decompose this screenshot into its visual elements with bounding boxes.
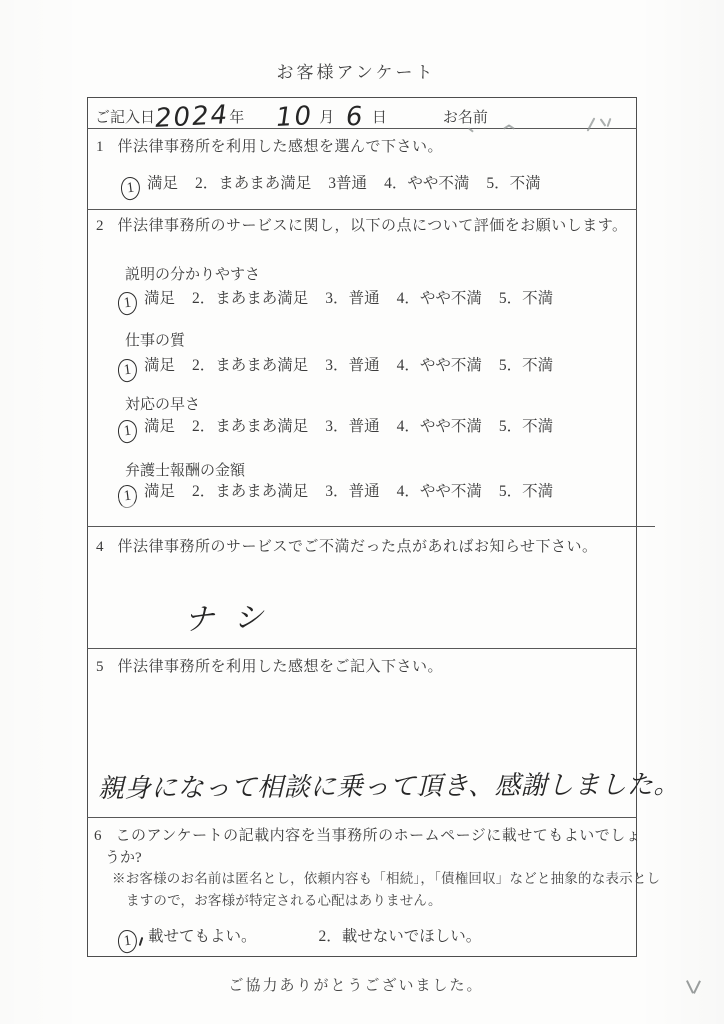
option-label: やや不満 [407, 175, 469, 192]
option-number: 4． [397, 357, 420, 374]
option-label: 普通 [349, 357, 380, 374]
option-label: 満足 [147, 175, 178, 192]
option-label: 不満 [522, 290, 553, 307]
question-2-item-4-options: 1満足 2．まあまあ満足 3．普通 4．やや不満 5．不満 [118, 479, 553, 508]
question-2-item-4-label: 弁護士報酬の金額 [125, 459, 245, 480]
month-label: 月 [319, 110, 334, 126]
page-title: お客様アンケート [0, 58, 712, 83]
question-5-text: 伴法律事務所を利用した感想をご記入下さい。 [118, 659, 444, 675]
option-number: 2． [192, 290, 215, 307]
option-number: 5． [499, 290, 522, 307]
option-label: やや不満 [420, 418, 482, 435]
option-label: 不満 [510, 175, 541, 192]
option: 3普通 [328, 171, 367, 193]
option: 3．普通 [325, 286, 379, 308]
option-label: まあまあ満足 [215, 357, 308, 374]
option-selected: 1満足 [118, 479, 175, 508]
option: 4．やや不満 [397, 353, 482, 375]
option: 5．不満 [499, 479, 553, 501]
option-number: 2． [192, 483, 215, 500]
option: 4．やや不満 [397, 479, 482, 501]
option-number: 2． [192, 418, 215, 435]
option: 4．やや不満 [397, 414, 482, 436]
handwritten-circle: 1 [120, 176, 142, 201]
question-4-number: 4 [96, 539, 104, 556]
option: 2．まあまあ満足 [192, 479, 308, 501]
option-number: 5． [499, 483, 522, 500]
option-selected: 1載せてもよい。 [118, 924, 257, 953]
question-2-item-3-label: 対応の早さ [125, 393, 200, 414]
option-label: やや不満 [420, 290, 482, 307]
footer-thanks-text: ご協力ありがとうございました。 [0, 974, 712, 995]
option-selected: 1満足 [121, 171, 178, 200]
option-label: 満足 [144, 357, 175, 374]
option: 2．まあまあ満足 [192, 414, 308, 436]
question-5-handwritten-answer: 親身になって相談に乗って頂き、感謝しました。 [98, 764, 680, 805]
option-number: 3． [325, 357, 348, 374]
question-6-number: 6 [94, 828, 102, 845]
option-label: 載せないでほしい。 [342, 928, 482, 945]
option-number: 5． [499, 418, 522, 435]
pen-stroke [139, 937, 144, 946]
date-day-value: 6 [346, 117, 365, 118]
handwritten-circle: 1 [117, 484, 139, 509]
option-label: 満足 [144, 418, 175, 435]
survey-form-border: ご記入日2024年10月6日お名前 1伴法律事務所を利用した感想を選んで下さい。… [87, 97, 637, 957]
option-selected: 1満足 [118, 414, 175, 443]
option-number: 3． [325, 483, 348, 500]
option: 5．不満 [499, 353, 553, 375]
question-2-item-2-options: 1満足 2．まあまあ満足 3．普通 4．やや不満 5．不満 [118, 353, 553, 382]
question-5: 5伴法律事務所を利用した感想をご記入下さい。 [96, 655, 443, 676]
check-mark [686, 980, 702, 994]
question-2-item-1-options: 1満足 2．まあまあ満足 3．普通 4．やや不満 5．不満 [118, 286, 553, 315]
option-selected: 1満足 [118, 286, 175, 315]
question-5-number: 5 [96, 659, 104, 676]
question-1-options: 1満足 2．まあまあ満足 3普通 4．やや不満 5．不満 [121, 171, 541, 200]
option-label: まあまあ満足 [215, 483, 308, 500]
question-4: 4伴法律事務所のサービスでご不満だった点があればお知らせ下さい。 [96, 535, 598, 556]
option-number: 4． [397, 290, 420, 307]
divider-q5-q6 [87, 817, 637, 818]
option-label: やや不満 [420, 357, 482, 374]
option-label: 普通 [349, 290, 380, 307]
option: 2．まあまあ満足 [195, 171, 311, 193]
question-6-line-1: 6このアンケートの記載内容を当事務所のホームページに載せてもよいでしょ [94, 824, 641, 845]
option: 3．普通 [325, 353, 379, 375]
option-number: 5． [486, 175, 509, 192]
date-month-value: 10 [276, 116, 313, 118]
option: 2．まあまあ満足 [192, 353, 308, 375]
question-2-item-1-label: 説明の分かりやすさ [125, 263, 260, 284]
option-label: やや不満 [420, 483, 482, 500]
option-number: 2． [319, 928, 342, 945]
option: 4．やや不満 [397, 286, 482, 308]
question-6-note-line-2: ますので，お客様が特定される心配はありません。 [126, 889, 442, 909]
question-1: 1伴法律事務所を利用した感想を選んで下さい。 [96, 135, 443, 156]
option-number: 4． [384, 175, 407, 192]
option-number: 3． [325, 418, 348, 435]
question-2-number: 2 [96, 218, 104, 235]
handwritten-circle: 1 [117, 929, 139, 954]
question-2-item-2-label: 仕事の質 [125, 329, 185, 350]
date-year-value: 2024 [155, 115, 229, 119]
question-2-item-3-options: 1満足 2．まあまあ満足 3．普通 4．やや不満 5．不満 [118, 414, 553, 443]
option: 4．やや不満 [384, 171, 469, 193]
question-1-text: 伴法律事務所を利用した感想を選んで下さい。 [118, 139, 444, 155]
year-label: 年 [229, 110, 244, 126]
option: 3．普通 [325, 414, 379, 436]
option-label: 載せてもよい。 [148, 928, 257, 945]
option-number: 3 [328, 175, 336, 192]
question-6-line-2: うか? [105, 846, 142, 867]
name-label: お名前 [443, 110, 488, 126]
divider-q1-q2 [87, 209, 637, 210]
handwritten-circle: 1 [117, 419, 139, 444]
option: 3．普通 [325, 479, 379, 501]
option: 5．不満 [486, 171, 540, 193]
question-1-number: 1 [96, 139, 104, 156]
scanned-survey-page: お客様アンケート ご記入日2024年10月6日お名前 1伴法律事務所を利用した感… [0, 0, 724, 1024]
option-number: 4． [397, 483, 420, 500]
option-label: 普通 [336, 175, 367, 192]
option-label: 普通 [349, 418, 380, 435]
day-label: 日 [372, 110, 387, 126]
option-number: 5． [499, 357, 522, 374]
divider-q2-q4 [87, 526, 655, 527]
option-label: 満足 [144, 483, 175, 500]
handwritten-circle: 1 [117, 358, 139, 383]
option-number: 2． [192, 357, 215, 374]
option-label: 満足 [144, 290, 175, 307]
option-label: まあまあ満足 [218, 175, 311, 192]
option-label: 普通 [349, 483, 380, 500]
option-label: 不満 [522, 418, 553, 435]
question-6-note-line-1: ※お客様のお名前は匿名とし，依頼内容も「相続」，「債権回収」などと抽象的な表示と… [112, 867, 660, 887]
option-label: 不満 [522, 483, 553, 500]
option: 2．まあまあ満足 [192, 286, 308, 308]
question-6-options: 1載せてもよい。 2．載せないでほしい。 [118, 924, 481, 953]
question-6-text: このアンケートの記載内容を当事務所のホームページに載せてもよいでしょ [116, 828, 642, 844]
option-number: 2． [195, 175, 218, 192]
question-2: 2伴法律事務所のサービスに関し，以下の点について評価をお願いします。 [96, 214, 628, 235]
question-4-text: 伴法律事務所のサービスでご不満だった点があればお知らせ下さい。 [118, 539, 598, 555]
option-label: まあまあ満足 [215, 290, 308, 307]
option: 2．載せないでほしい。 [319, 924, 482, 946]
divider-q4-q5 [87, 648, 637, 649]
option-number: 4． [397, 418, 420, 435]
option-label: まあまあ満足 [215, 418, 308, 435]
option-selected: 1満足 [118, 353, 175, 382]
date-prefix-label: ご記入日 [95, 110, 155, 126]
option: 5．不満 [499, 414, 553, 436]
option-label: 不満 [522, 357, 553, 374]
question-2-text: 伴法律事務所のサービスに関し，以下の点について評価をお願いします。 [118, 218, 628, 234]
handwritten-circle: 1 [117, 291, 139, 316]
question-4-handwritten-answer: ナシ [183, 591, 284, 638]
option-number: 3． [325, 290, 348, 307]
header-date-row: ご記入日2024年10月6日お名前 [95, 106, 488, 127]
option: 5．不満 [499, 286, 553, 308]
